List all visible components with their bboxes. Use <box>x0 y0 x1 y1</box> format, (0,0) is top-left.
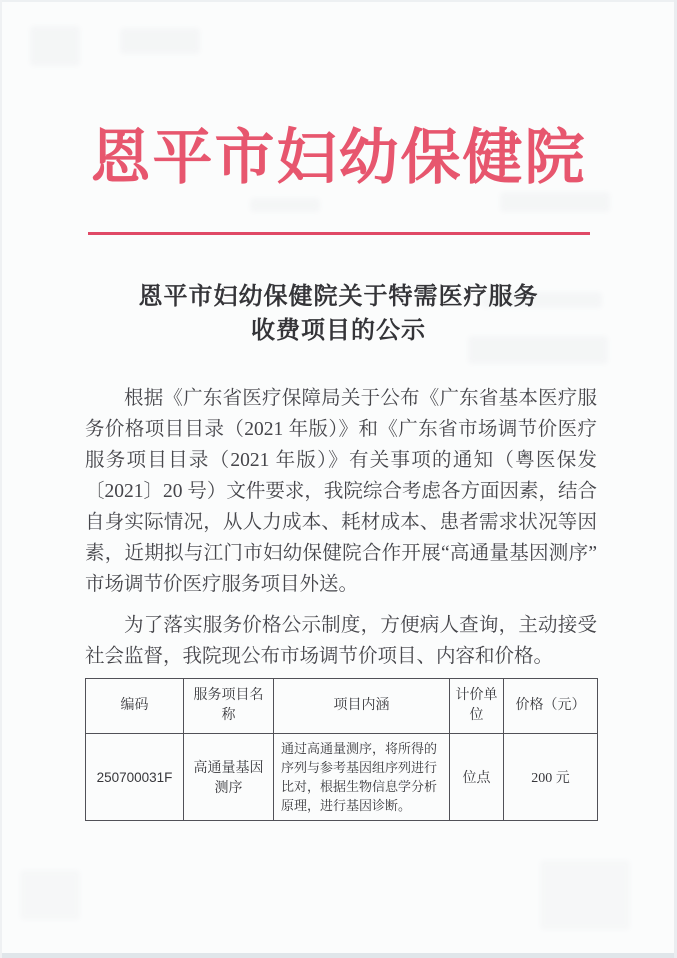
bleedthrough-smudge <box>120 28 200 54</box>
scan-edge-top <box>0 0 677 2</box>
fee-cell-code: 250700031F <box>86 734 184 821</box>
fee-table-header-description: 项目内涵 <box>274 679 450 734</box>
bleedthrough-smudge <box>20 870 80 920</box>
fee-cell-price: 200 元 <box>504 734 598 821</box>
hospital-letterhead: 恩平市妇幼保健院 <box>0 112 677 204</box>
fee-table: 编码 服务项目名称 项目内涵 计价单位 价格（元） 250700031F 高通量… <box>85 678 598 821</box>
bleedthrough-smudge <box>540 860 630 930</box>
fee-table-header-code: 编码 <box>86 679 184 734</box>
scanned-notice-page: 恩平市妇幼保健院 恩平市妇幼保健院关于特需医疗服务 收费项目的公示 根据《广东省… <box>0 0 677 958</box>
fee-table-header-price: 价格（元） <box>504 679 598 734</box>
notice-title-line2: 收费项目的公示 <box>0 314 677 348</box>
fee-cell-unit: 位点 <box>450 734 504 821</box>
fee-table-header-unit: 计价单位 <box>450 679 504 734</box>
bleedthrough-smudge <box>30 26 80 66</box>
fee-table-header-row: 编码 服务项目名称 项目内涵 计价单位 价格（元） <box>86 679 598 734</box>
fee-table-row: 250700031F 高通量基因测序 通过高通量测序，将所得的序列与参考基因组序… <box>86 734 598 821</box>
notice-title: 恩平市妇幼保健院关于特需医疗服务 收费项目的公示 <box>0 280 677 348</box>
notice-paragraph-1: 根据《广东省医疗保障局关于公布《广东省基本医疗服务价格项目目录（2021 年版）… <box>85 383 597 600</box>
notice-paragraph-2: 为了落实服务价格公示制度，方便病人查询，主动接受社会监督，我院现公布市场调节价项… <box>85 610 597 672</box>
fee-table-header-service-name: 服务项目名称 <box>184 679 274 734</box>
fee-cell-service-name: 高通量基因测序 <box>184 734 274 821</box>
notice-title-line1: 恩平市妇幼保健院关于特需医疗服务 <box>0 280 677 314</box>
letterhead-rule <box>88 232 590 235</box>
fee-cell-description: 通过高通量测序，将所得的序列与参考基因组序列进行比对，根据生物信息学分析原理，进… <box>274 734 450 821</box>
scan-edge-bottom <box>0 953 677 958</box>
